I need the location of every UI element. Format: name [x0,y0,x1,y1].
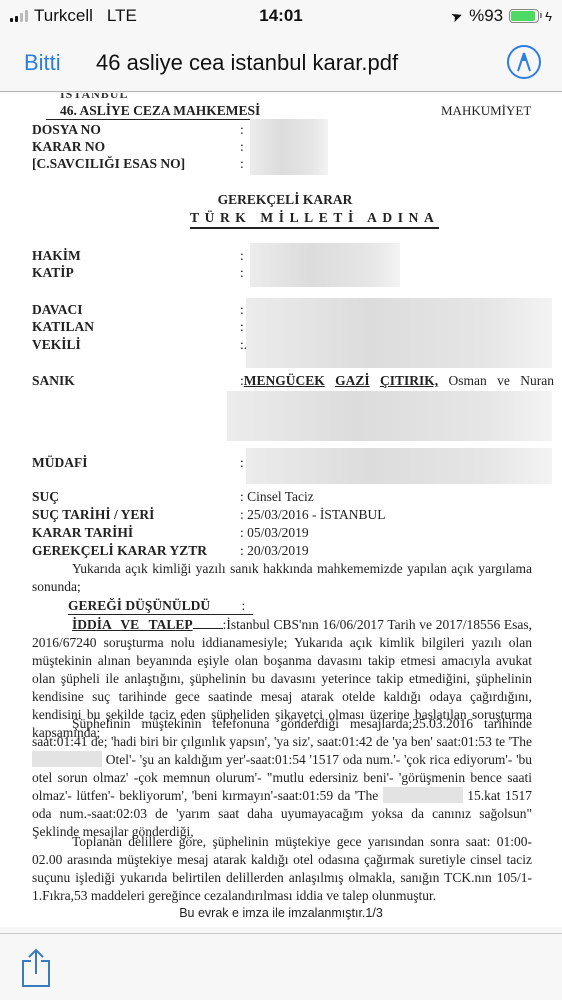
status-right: ➤ %93 ϟ [451,6,552,26]
intro-paragraph: Yukarıda açık kimliği yazılı sanık hakkı… [32,560,532,596]
battery-fill [511,11,535,21]
field-label-katilan: KATILAN [32,319,94,335]
field-colon: : [240,139,244,155]
geregi-colon: : [242,598,246,613]
iddia-underline-gap [193,617,223,629]
field-colon: : [240,265,244,281]
field-colon: : [240,156,244,172]
location-icon: ➤ [449,6,466,26]
sanik-name-middle: GAZİ [335,373,370,388]
charging-icon: ϟ [545,9,552,24]
redacted-sanik-details [227,391,552,441]
field-label-sanik: SANIK [32,373,75,389]
redacted-mudafi-value [246,448,552,484]
sanik-name-last: ÇITIRIK, [380,373,438,388]
field-value-gerekceli-karar-yztr: : 20/03/2019 [240,543,309,559]
network-type: LTE [107,6,137,26]
iddia-label: İDDİA VE TALEP [72,617,193,632]
geregi-label: GEREĞİ DÜŞÜNÜLDÜ [68,598,210,613]
heading-gerekceli-karar: GEREKÇELİ KARAR [0,192,562,208]
e-signature-footer: Bu evrak e imza ile imzalanmıştır.1/3 [0,906,562,920]
messages-text-1: Şüphelinin müştekinin telefonuna gönderd… [32,716,532,749]
markup-button[interactable] [507,45,541,79]
redacted-hotel-name [383,787,463,803]
done-button[interactable]: Bitti [24,50,61,76]
field-label-karar-no: KARAR NO [32,139,105,155]
redacted-staff-values [250,243,400,287]
field-label-suc: SUÇ [32,489,59,505]
sanik-name-first: MENGÜCEK [244,373,325,388]
redacted-header-values [250,119,328,175]
document-title: 46 asliye cea istanbul karar.pdf [96,50,398,76]
conclusion-paragraph: Toplanan delillere göre, şüphelinin müşt… [32,833,532,905]
nav-bar: Bitti 46 asliye cea istanbul karar.pdf [0,36,562,92]
field-colon: : [240,122,244,138]
heading-turk-milleti-adina: TÜRK MİLLETİ ADINA [190,210,439,229]
field-label-vekili: VEKİLİ [32,337,81,353]
field-label-karar-tarihi: KARAR TARİHİ [32,525,133,541]
verdict-type: MAHKUMİYET [441,103,531,119]
field-label-dosya-no: DOSYA NO [32,122,101,138]
field-colon: : [240,319,244,335]
share-icon [20,948,54,988]
sanik-parents: Osman ve Nuran [449,373,554,388]
field-colon: : [240,455,244,471]
redacted-party-values [246,298,552,368]
bottom-toolbar [0,933,562,1000]
field-label-gerekceli-karar-yztr: GEREKÇELİ KARAR YZTR [32,543,207,559]
field-label-savcilik-esas-no: [C.SAVCILIĞI ESAS NO] [32,156,185,172]
field-colon: : [240,248,244,264]
pdf-page[interactable]: İSTANBUL 46. ASLİYE CEZA MAHKEMESİ MAHKU… [0,93,562,927]
messages-paragraph: Şüphelinin müştekinin telefonuna gönderd… [32,715,532,841]
carrier-name: Turkcell [34,6,93,26]
markup-pen-icon [514,51,534,75]
status-bar: Turkcell LTE 14:01 ➤ %93 ϟ [0,0,562,36]
field-label-katip: KATİP [32,265,74,281]
share-button[interactable] [20,948,54,988]
signal-icon [10,10,28,22]
field-colon: : [240,302,244,318]
field-value-suc: : Cinsel Taciz [240,489,314,505]
field-value-karar-tarihi: : 05/03/2019 [240,525,309,541]
clipped-header-line: İSTANBUL [60,93,128,102]
field-label-hakim: HAKİM [32,248,81,264]
field-label-davaci: DAVACI [32,302,83,318]
court-name: 46. ASLİYE CEZA MAHKEMESİ [46,103,262,120]
battery-percent: %93 [469,6,503,26]
geregi-dusunuldu-heading: GEREĞİ DÜŞÜNÜLDÜ : [68,598,253,615]
battery-icon [509,9,539,23]
redacted-hotel-name [32,751,102,767]
status-left: Turkcell LTE [10,6,137,26]
sanik-value: :MENGÜCEK GAZİ ÇITIRIK, Osman ve Nuran [240,373,554,389]
field-label-suc-tarihi: SUÇ TARİHİ / YERİ [32,507,154,523]
field-label-mudafi: MÜDAFİ [32,455,88,471]
field-value-suc-tarihi: : 25/03/2016 - İSTANBUL [240,507,386,523]
